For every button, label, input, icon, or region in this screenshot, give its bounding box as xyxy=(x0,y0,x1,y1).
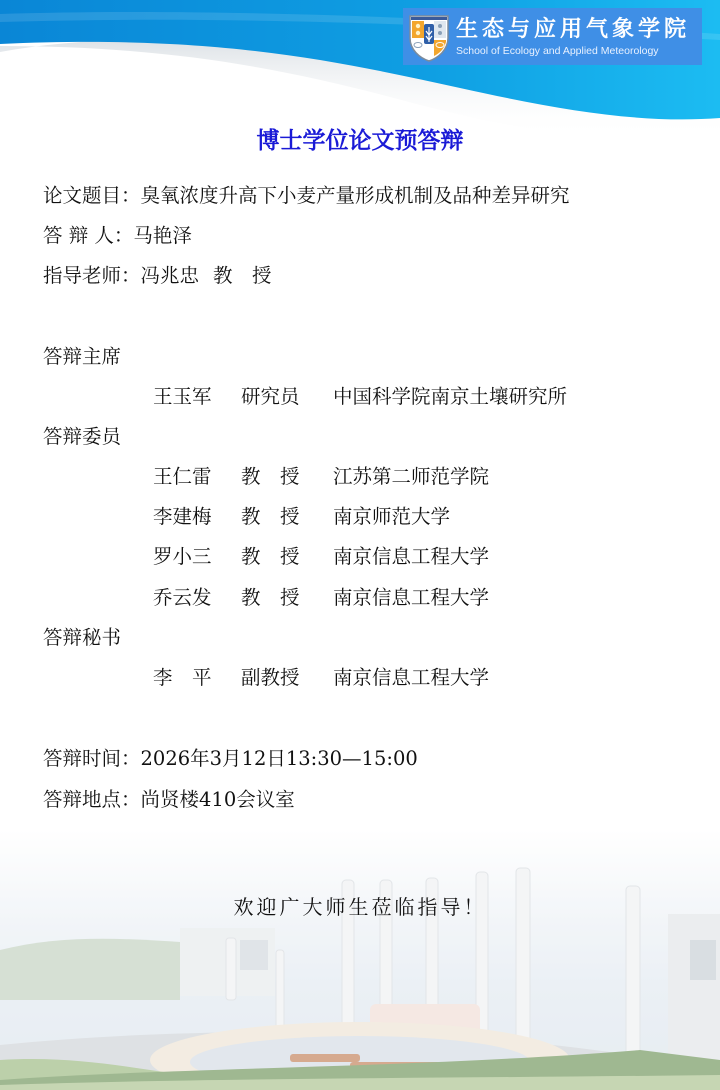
member-org: 江苏第二师范学院 xyxy=(333,465,489,488)
defense-time-row: 答辩时间：2026年3月12日13:30—15:00 xyxy=(43,745,418,773)
defense-place-row: 答辩地点：尚贤楼410会议室 xyxy=(43,786,295,814)
committee-member-row: 李建梅教 授南京师范大学 xyxy=(153,503,450,531)
committee-member-row: 罗小三教 授南京信息工程大学 xyxy=(153,543,489,571)
defense-place-label: 答辩地点： xyxy=(43,788,141,811)
member-org: 南京信息工程大学 xyxy=(333,586,489,609)
secretary-heading: 答辩秘书 xyxy=(43,624,121,652)
welcome-message: 欢迎广大师生莅临指导！ xyxy=(0,891,720,920)
advisor-row: 指导老师：冯兆忠教 授 xyxy=(43,262,272,290)
member-title: 教 授 xyxy=(241,543,333,571)
member-org: 南京信息工程大学 xyxy=(333,666,489,689)
member-name: 王仁雷 xyxy=(153,463,241,491)
school-name-cn: 生态与应用气象学院 xyxy=(456,16,690,44)
member-org: 南京师范大学 xyxy=(333,505,450,528)
member-name: 李建梅 xyxy=(153,503,241,531)
member-name: 王玉军 xyxy=(153,383,241,411)
member-name: 李 平 xyxy=(153,664,241,692)
defense-time-label: 答辩时间： xyxy=(43,747,141,770)
advisor-title: 教 授 xyxy=(213,264,272,287)
thesis-title-value: 臭氧浓度升高下小麦产量形成机制及品种差异研究 xyxy=(141,184,570,207)
chair-heading: 答辩主席 xyxy=(43,343,121,371)
committee-member-row: 王玉军研究员中国科学院南京土壤研究所 xyxy=(153,383,567,411)
school-logo: 生态与应用气象学院 School of Ecology and Applied … xyxy=(403,8,702,65)
defense-time-value: 2026年3月12日13:30—15:00 xyxy=(141,747,418,770)
candidate-name: 马艳泽 xyxy=(133,224,192,247)
committee-member-row: 乔云发教 授南京信息工程大学 xyxy=(153,584,489,612)
member-title: 教 授 xyxy=(241,584,333,612)
member-name: 乔云发 xyxy=(153,584,241,612)
thesis-title-label: 论文题目： xyxy=(43,184,141,207)
member-title: 教 授 xyxy=(241,463,333,491)
member-name: 罗小三 xyxy=(153,543,241,571)
member-org: 中国科学院南京土壤研究所 xyxy=(333,385,567,408)
committee-member-row: 王仁雷教 授江苏第二师范学院 xyxy=(153,463,489,491)
thesis-title-row: 论文题目：臭氧浓度升高下小麦产量形成机制及品种差异研究 xyxy=(43,182,570,210)
members-heading: 答辩委员 xyxy=(43,423,121,451)
member-title: 教 授 xyxy=(241,503,333,531)
school-crest-icon xyxy=(408,12,450,62)
member-org: 南京信息工程大学 xyxy=(333,545,489,568)
committee-member-row: 李 平副教授南京信息工程大学 xyxy=(153,664,489,692)
page-title: 博士学位论文预答辩 xyxy=(0,122,720,155)
member-title: 副教授 xyxy=(241,664,333,692)
defense-place-value: 尚贤楼410会议室 xyxy=(141,788,295,811)
advisor-name: 冯兆忠 xyxy=(141,264,200,287)
member-title: 研究员 xyxy=(241,383,333,411)
candidate-row: 答 辩 人：马艳泽 xyxy=(43,222,192,250)
campus-gate-photo xyxy=(0,830,720,1090)
school-name-en: School of Ecology and Applied Meteorolog… xyxy=(456,44,690,58)
advisor-label: 指导老师： xyxy=(43,264,141,287)
candidate-label: 答 辩 人： xyxy=(43,224,133,247)
